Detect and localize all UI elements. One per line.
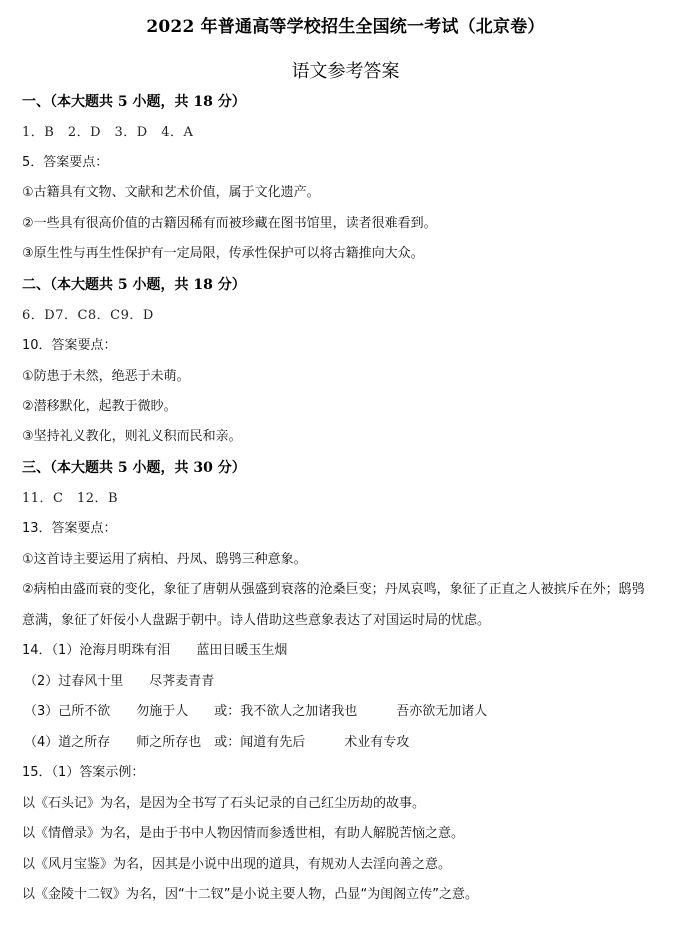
section-2-heading: 二、（本大题共 5 小题，共 18 分）: [22, 276, 246, 294]
q5-point-2: ②一些具有很高价值的古籍因稀有而被珍藏在图书馆里，读者很难看到。: [22, 215, 437, 233]
q14-part-2: （2）过春风十里 尽荠麦青青: [24, 673, 214, 691]
q10-point-2: ②潜移默化，起教于微眇。: [22, 398, 177, 416]
q14-part-4: （4）道之所存 师之所存也 或：闻道有先后 术业有专攻: [24, 734, 409, 752]
q13-point-2: ②病柏由盛而衰的变化，象征了唐朝从强盛到衰落的沧桑巨变；丹凤哀鸣，象征了正直之人…: [22, 581, 645, 599]
q10-point-1: ①防患于未然，绝恶于未萌。: [22, 368, 190, 386]
section-1-mcq-answers: 1．B 2．D 3．D 4．A: [22, 124, 193, 142]
document-title: 2022 年普通高等学校招生全国统一考试（北京卷）: [0, 12, 691, 37]
q5-point-3: ③原生性与再生性保护有一定局限，传承性保护可以将古籍推向大众。: [22, 245, 424, 263]
answer-document-page: 2022 年普通高等学校招生全国统一考试（北京卷） 语文参考答案 一、（本大题共…: [0, 0, 691, 944]
q10-answer-label: 10．答案要点：: [22, 337, 117, 355]
document-subtitle: 语文参考答案: [0, 57, 691, 83]
q13-point-1: ①这首诗主要运用了病柏、丹凤、鸱鸮三种意象。: [22, 551, 307, 569]
q13-point-2-continued: 意满，象征了奸佞小人盘踞于朝中。诗人借助这些意象表达了对国运时局的忧虑。: [22, 612, 490, 630]
q15-example-4: 以《金陵十二钗》为名，因“十二钗”是小说主要人物，凸显“为闺阁立传”之意。: [22, 886, 478, 904]
q13-answer-label: 13．答案要点：: [22, 520, 117, 538]
section-1-heading: 一、（本大题共 5 小题，共 18 分）: [22, 93, 246, 111]
section-3-mcq-answers: 11．C 12．B: [22, 490, 118, 508]
q5-point-1: ①古籍具有文物、文献和艺术价值，属于文化遗产。: [22, 184, 320, 202]
q15-example-3: 以《风月宝鉴》为名，因其是小说中出现的道具，有规劝人去淫向善之意。: [22, 856, 451, 874]
q15-example-1: 以《石头记》为名，是因为全书写了石头记录的自己红尘历劫的故事。: [22, 795, 425, 813]
q5-answer-label: 5．答案要点：: [22, 154, 108, 172]
q10-point-3: ③坚持礼义教化，则礼义积而民和亲。: [22, 428, 242, 446]
q14-part-3: （3）己所不欲 勿施于人 或：我不欲人之加诸我也 吾亦欲无加诸人: [24, 703, 487, 721]
section-3-heading: 三、（本大题共 5 小题，共 30 分）: [22, 459, 246, 477]
q15-part-1-label: 15．（1）答案示例：: [22, 764, 144, 782]
q15-example-2: 以《情僧录》为名，是由于书中人物因情而参透世相，有助人解脱苦恼之意。: [22, 825, 464, 843]
section-2-mcq-answers: 6．D7．C8．C9．D: [22, 307, 154, 325]
q14-part-1: 14．（1）沧海月明珠有泪 蓝田日暖玉生烟: [22, 642, 287, 660]
